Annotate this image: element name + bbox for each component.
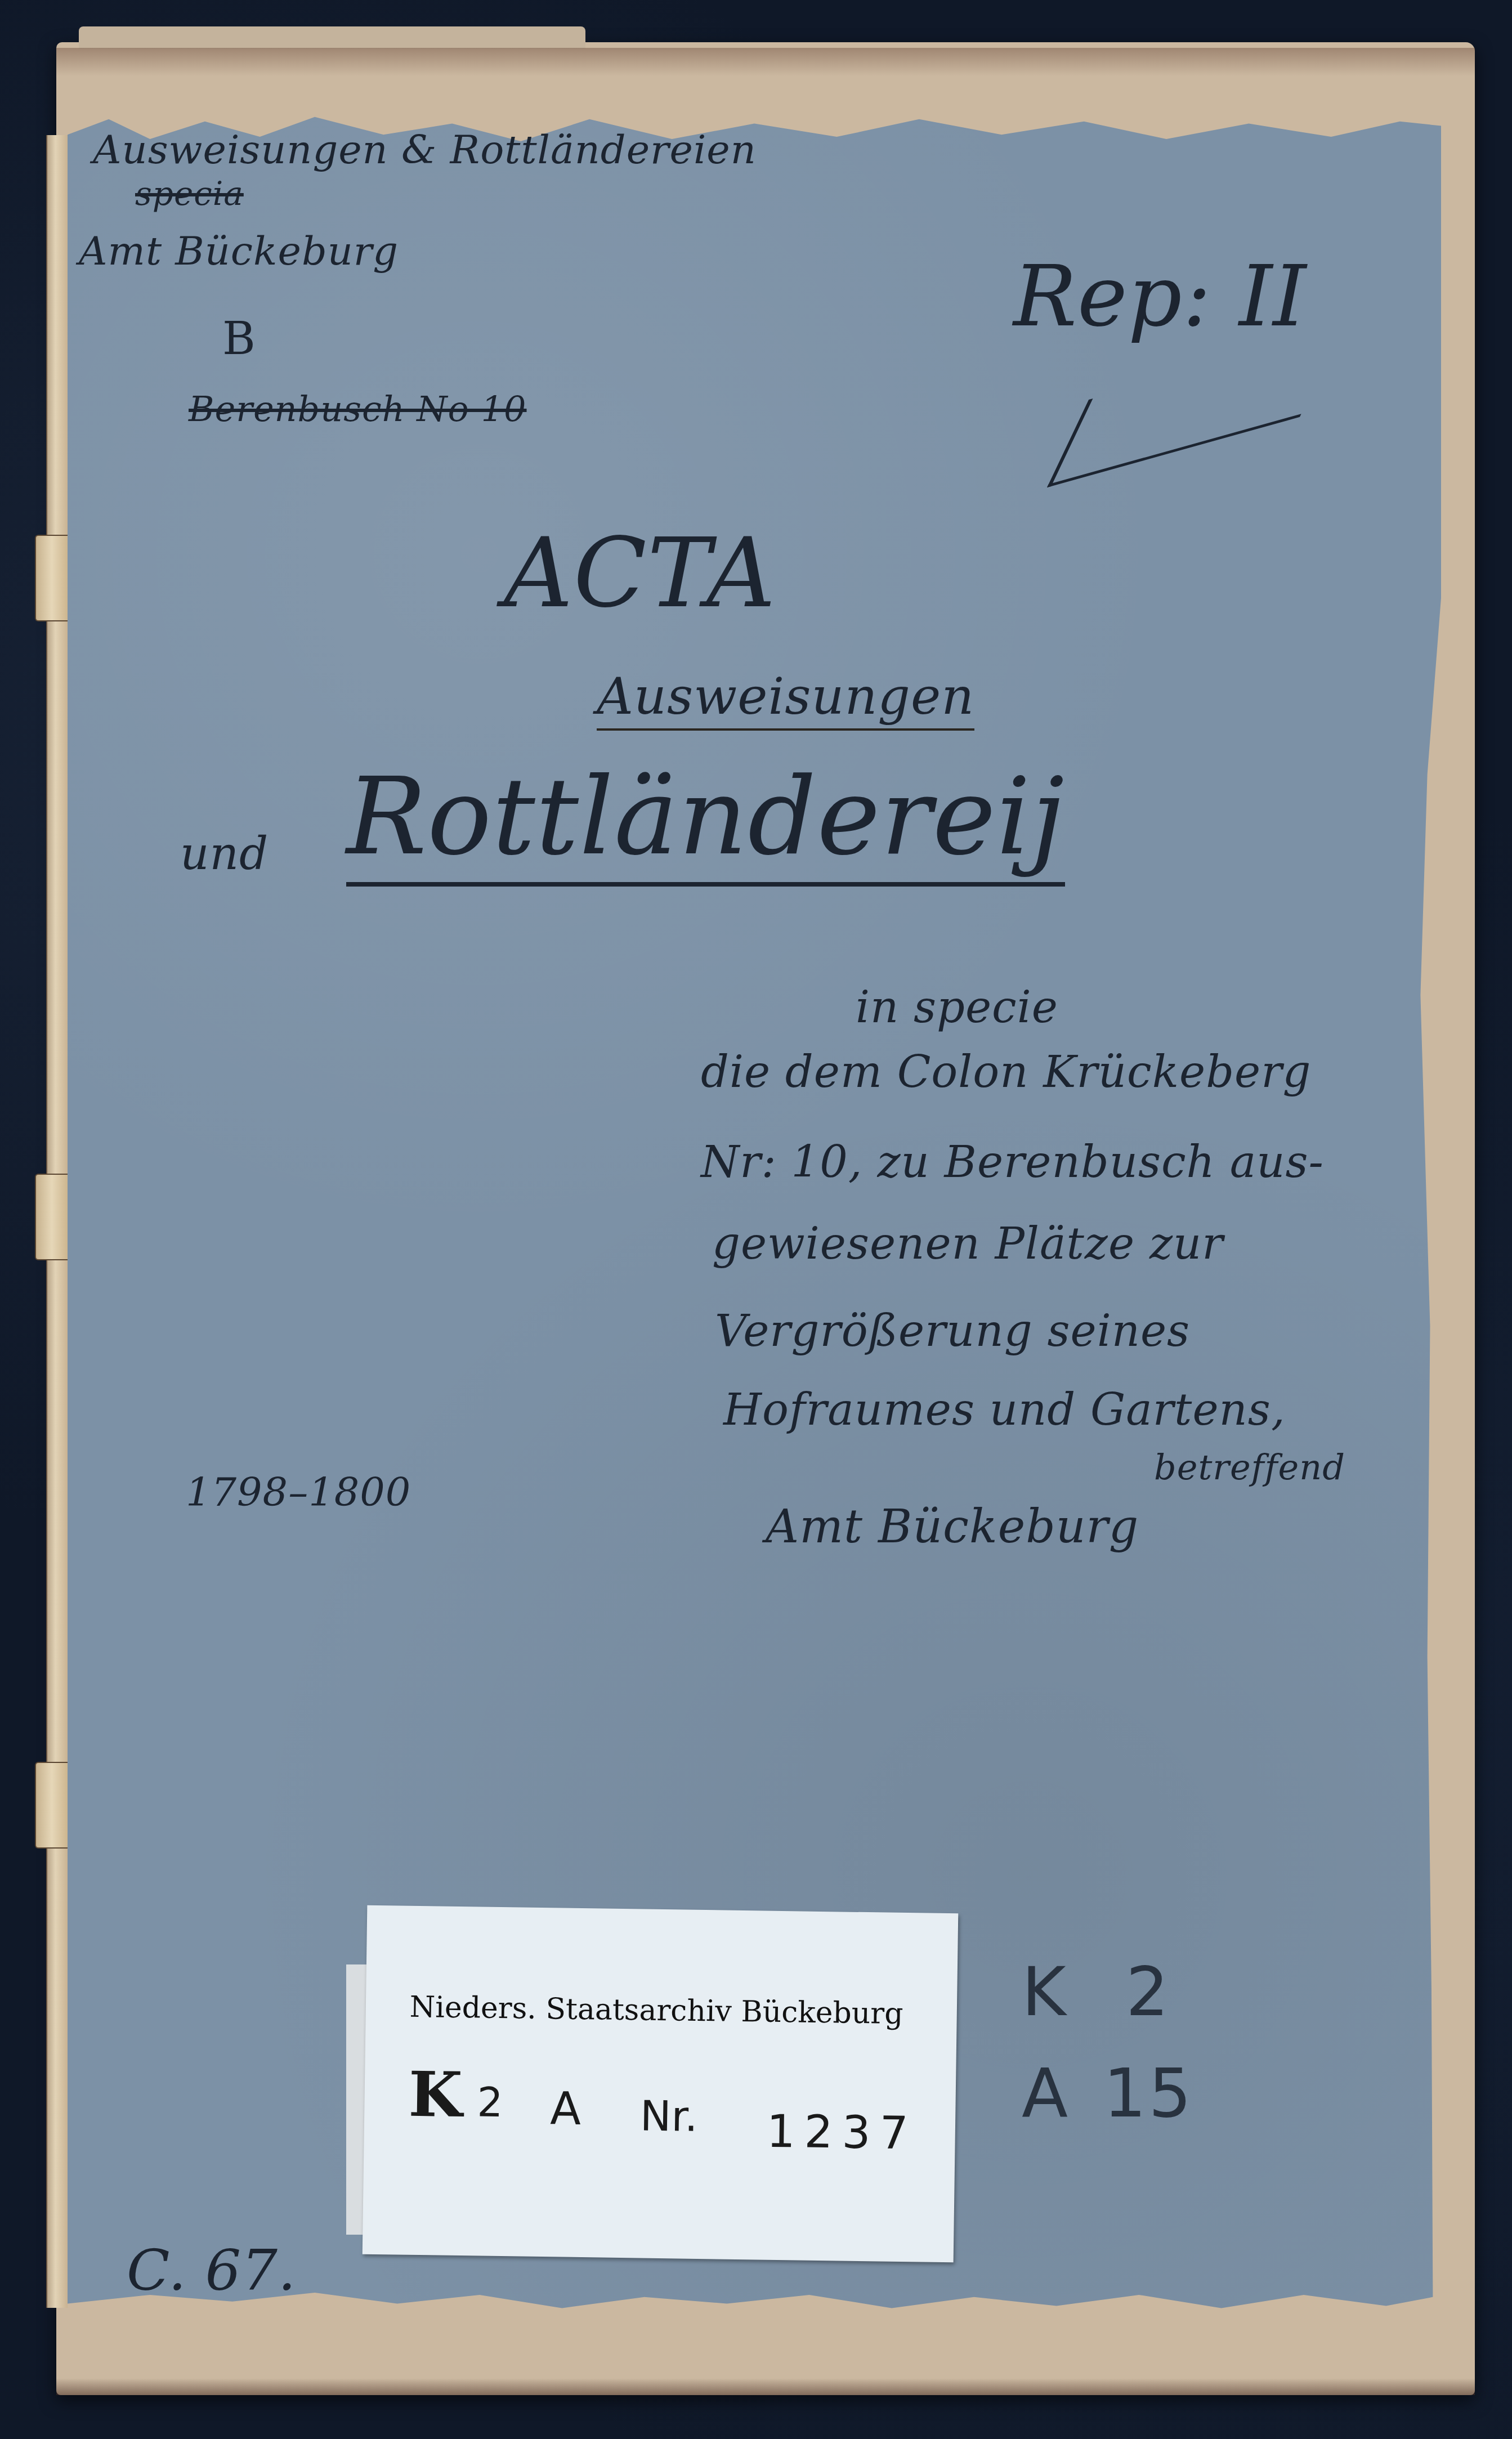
struck-berenbusch-line: Berenbusch No 10 (189, 388, 527, 429)
note-amt-bueckeburg: Amt Bückeburg (79, 228, 399, 274)
desc-line-2: Nr: 10, zu Berenbusch aus- (701, 1137, 1324, 1188)
signature-number: 1237 (766, 2105, 918, 2160)
note-ausweisungen: Ausweisungen & Rottländereien (93, 127, 757, 173)
desc-line-1: die dem Colon Krückeberg (701, 1047, 1311, 1098)
repository-mark: Rep: II (1013, 248, 1307, 346)
folder-top-edge (56, 48, 1475, 76)
signature-k-number: 2 (477, 2078, 503, 2126)
signature-a: A (550, 2082, 581, 2135)
desc-line-4: Vergrößerung seines (715, 1306, 1190, 1357)
main-word-rottlaendereij: Rottländereij (346, 754, 1065, 887)
stamp-a: A (1022, 2055, 1070, 2133)
date-range: 1798–1800 (186, 1469, 411, 1515)
word-und: und (180, 827, 269, 880)
in-specie: in specie (856, 982, 1058, 1033)
archive-label: Nieders. Staatsarchiv Bückeburg K 2 A Nr… (363, 1905, 959, 2263)
shelf-mark: C. 67. (127, 2237, 297, 2303)
folder-bottom-edge (56, 2378, 1475, 2395)
archive-institution: Nieders. Staatsarchiv Bückeburg (409, 1990, 903, 2031)
desc-line-5: Hofraumes und Gartens, (723, 1385, 1286, 1435)
stamp-a-number: 15 (1103, 2055, 1194, 2133)
subtitle-ausweisungen: Ausweisungen (597, 667, 974, 731)
desc-line-7: Amt Bückeburg (766, 1500, 1139, 1554)
mark-b: B (222, 312, 256, 365)
binding-tab-top (35, 535, 68, 621)
binding-tab-bottom (35, 1762, 68, 1849)
binding-tab-middle (35, 1174, 68, 1260)
title-acta: ACTA (504, 518, 776, 629)
desc-line-6: betreffend (1154, 1447, 1345, 1488)
stamp-k: K (1022, 1953, 1068, 2031)
signature-k: K (408, 2058, 463, 2131)
stamp-k-number: 2 (1126, 1953, 1171, 2031)
desc-line-3: gewiesenen Plätze zur (712, 1219, 1224, 1269)
signature-nr: Nr. (640, 2092, 699, 2141)
note-specia-struck: specia (135, 174, 244, 213)
